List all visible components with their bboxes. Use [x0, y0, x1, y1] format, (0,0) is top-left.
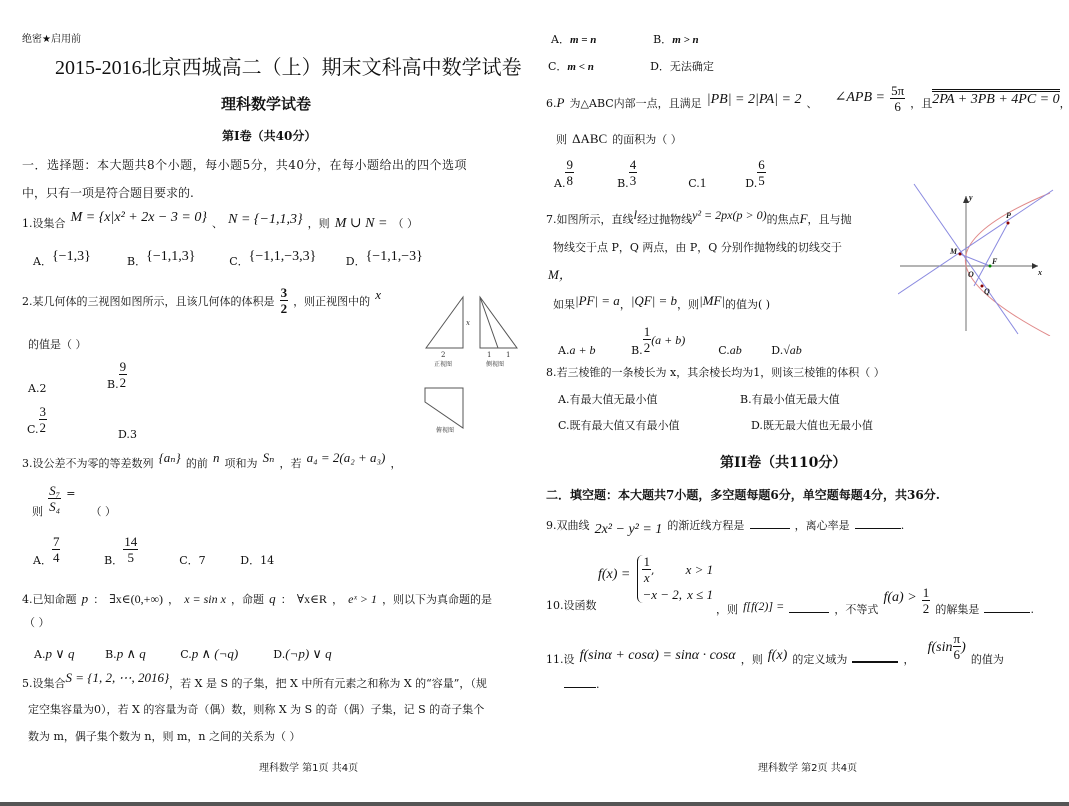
section2-instructions: 二．填空题：本大题共7小题，多空题每题6分，单空题每题4分，共36分.	[546, 486, 940, 503]
svg-text:1: 1	[506, 351, 510, 359]
question-4: 4.已知命题 p ： ∃x∈(0,+∞) ， x = sin x ，命题 q ：…	[22, 588, 492, 607]
set-m: M = {x|x² + 2x − 3 = 0}	[71, 210, 207, 225]
q9-blank-eccentricity[interactable]	[855, 518, 901, 529]
question-11: 11.设 f(sinα + cosα) = sinα · cosα ，则 f(x…	[546, 644, 1004, 673]
q6-options: A.98 B.43 C.1 D.65	[554, 158, 766, 187]
q8-option-c[interactable]: C.既有最大值又有最小值	[558, 417, 680, 433]
q6-line2: 则 ΔABC 的面积为（ ）	[556, 128, 682, 147]
q4-option-b[interactable]: B.p ∧ q	[105, 643, 175, 662]
question-9: 9.双曲线 2x² − y² = 1 的渐近线方程是 ，离心率是 .	[546, 514, 904, 534]
q11-blank-domain[interactable]	[852, 651, 898, 663]
vector-equation: 2PA + 3PB + 4PC = 0	[932, 89, 1059, 107]
front-view-triangle	[426, 297, 463, 348]
footer-page2: 理科数学 第2页 共4页	[758, 759, 857, 774]
section1-instructions-line2: 中，只有一项是符合题目要求的.	[22, 184, 194, 201]
q10-piecewise: f(x) = 1x, x > 1 −x − 2, x ≤ 1	[598, 555, 713, 603]
question-7-line4: 如果|PF| = a，|QF| = b，则|MF|的值为( )	[553, 293, 770, 312]
tangent-at-p	[898, 190, 1053, 294]
parabola-tangent-figure: y x P M F O Q	[898, 176, 1058, 336]
svg-text:P: P	[1006, 211, 1011, 220]
q1-option-b[interactable]: {−1,1,3}	[146, 249, 224, 265]
q4-paren: （ ）	[24, 614, 50, 630]
question-3: 3.设公差不为零的等差数列 {aₙ} 的前 n 项和为 Sₙ ，若 a₄ = 2…	[22, 452, 401, 471]
q1-option-a[interactable]: {−1,3}	[52, 249, 122, 265]
volume-fraction: 32	[280, 286, 289, 315]
svg-text:y: y	[968, 193, 973, 202]
question-5-line3: 数为 m，偶子集个数为 n，则 m，n 之间的关系为（ ）	[28, 728, 301, 744]
q7-option-a[interactable]: A.a + b	[558, 339, 626, 358]
q3-option-b[interactable]: B．145	[104, 535, 174, 564]
q2-line2: 的值是（ ）	[28, 336, 87, 352]
q7-option-d[interactable]: D.√ab	[771, 339, 802, 358]
question-5-line2: 定空集容量为0），若 X 的容量为奇（偶）数，则称 X 为 S 的奇（偶）子集，…	[28, 701, 484, 717]
q11-blank-value-line: .	[564, 673, 600, 692]
question-8: 8.若三棱锥的一条棱长为 x，其余棱长均为1，则该三棱锥的体积（ ）	[546, 364, 885, 380]
question-10-tail: ，则 f[f(2)] = ，不等式 f(a) > 12 的解集是 .	[716, 594, 1034, 623]
q2-option-c[interactable]: C.32	[27, 405, 47, 434]
q3-ratio: 则 S₇S₄ = （ ）	[32, 484, 116, 513]
q8-option-a[interactable]: A.有最大值无最小值	[558, 391, 657, 407]
q5-option-b[interactable]: B．m > n	[653, 28, 699, 47]
q3-options: A．74 B．145 C．7 D．14	[33, 535, 274, 564]
q2-option-d[interactable]: D.3	[118, 428, 137, 441]
question-7-line1: 7.如图所示，直线l经过抛物线y² = 2px(p > 0)的焦点F，且与抛	[546, 208, 852, 227]
svg-text:2: 2	[441, 351, 445, 359]
q7-options: A.a + b B.12(a + b) C.ab D.√ab	[558, 325, 802, 354]
footer-page1: 理科数学 第1页 共4页	[259, 759, 358, 774]
question-2: 2.某几何体的三视图如图所示，且该几何体的体积是 32 ，则正视图中的 x	[22, 286, 381, 315]
q4-option-d[interactable]: D.(¬p) ∨ q	[273, 643, 331, 662]
svg-text:F: F	[991, 257, 998, 266]
q5-option-d[interactable]: D．无法确定	[650, 55, 714, 74]
q3-option-a[interactable]: A．74	[33, 535, 99, 564]
question-6: 6.P 为△ABC内部一点，且满足 |PB| = 2|PA| = 2 、 ∠AP…	[546, 88, 1069, 117]
point-m	[959, 253, 962, 256]
q6-option-a[interactable]: A.98	[554, 158, 612, 187]
three-view-figure: x 2 正视图 1 1 侧视图 俯视图	[420, 292, 530, 440]
q5-option-c[interactable]: C．m < n	[548, 55, 645, 74]
q3-option-c[interactable]: C．7	[179, 552, 235, 568]
svg-text:俯视图: 俯视图	[436, 426, 454, 434]
q6-option-c[interactable]: C.1	[688, 172, 740, 191]
q1-option-c[interactable]: {−1,1,−3,3}	[249, 249, 341, 265]
q5-options-row1: A．m = n B．m > n	[551, 28, 699, 47]
point-p	[1007, 222, 1010, 225]
question-1: 1.设集合 M = {x|x² + 2x − 3 = 0} 、 N = {−1,…	[22, 212, 418, 232]
q2-option-a[interactable]: A.2	[28, 382, 46, 395]
q7-option-b[interactable]: B.12(a + b)	[631, 325, 713, 354]
exam-title: 2015-2016北京西城高二（上）期末文科高中数学试卷	[55, 51, 522, 80]
q4-option-a[interactable]: A.p ∨ q	[34, 643, 100, 662]
q7-option-c[interactable]: C.ab	[718, 339, 766, 358]
q6-option-b[interactable]: B.43	[617, 158, 683, 187]
question-7-line3: M，	[548, 264, 572, 283]
q10-blank-solution-set[interactable]	[984, 602, 1030, 613]
top-view-shape	[425, 388, 463, 428]
q6-option-d[interactable]: D.65	[745, 162, 765, 181]
q3-option-d[interactable]: D．14	[240, 554, 274, 567]
q8-option-d[interactable]: D.既无最大值也无最小值	[751, 417, 873, 433]
bottom-border	[0, 802, 1069, 806]
part1-heading: 第I卷（共40分）	[222, 127, 316, 144]
svg-text:x: x	[1037, 268, 1042, 277]
q9-blank-asymptote[interactable]	[750, 518, 790, 529]
svg-text:M: M	[949, 247, 958, 256]
svg-text:1: 1	[487, 351, 491, 359]
q5-option-a[interactable]: A．m = n	[551, 28, 648, 47]
q10-blank-ff2[interactable]	[789, 602, 829, 613]
exam-subtitle: 理科数学试卷	[221, 93, 311, 114]
svg-text:侧视图: 侧视图	[486, 360, 504, 368]
part2-heading: 第II卷（共110分）	[720, 452, 846, 472]
secret-mark: 绝密★启用前	[22, 30, 81, 45]
line-l	[974, 223, 1008, 286]
svg-text:Q: Q	[984, 287, 990, 296]
q4-options: A.p ∨ q B.p ∧ q C.p ∧ (¬q) D.(¬p) ∨ q	[34, 643, 332, 662]
q1-options: A．{−1,3} B．{−1,1,3} C．{−1,1,−3,3} D．{−1,…	[33, 250, 423, 270]
section1-instructions-line1: 一．选择题：本大题共8个小题，每小题5分，共40分，在每小题给出的四个选项	[22, 156, 467, 173]
q4-option-c[interactable]: C.p ∧ (¬q)	[180, 643, 268, 662]
side-view-triangle	[480, 297, 517, 348]
question-7-line2: 物线交于点 P，Q 两点，由 P，Q 分别作抛物线的切线交于	[553, 239, 842, 255]
segment-mf	[960, 254, 990, 266]
q5-options-row2: C．m < n D．无法确定	[548, 55, 714, 74]
svg-text:O: O	[968, 270, 974, 279]
question-5-line1: 5.设集合S = {1, 2, ⋯, 2016}，若 X 是 S 的子集，把 X…	[22, 672, 487, 691]
svg-text:x: x	[466, 319, 470, 327]
question-10: 10.设函数	[546, 594, 597, 613]
set-n: N = {−1,1,3}	[228, 212, 302, 227]
svg-text:正视图: 正视图	[434, 360, 452, 368]
q1-option-d[interactable]: {−1,1,−3}	[366, 249, 423, 264]
q8-option-b[interactable]: B.有最小值无最大值	[740, 391, 840, 407]
q11-blank-value[interactable]	[564, 677, 596, 688]
q2-option-b[interactable]: B.92	[107, 360, 127, 389]
